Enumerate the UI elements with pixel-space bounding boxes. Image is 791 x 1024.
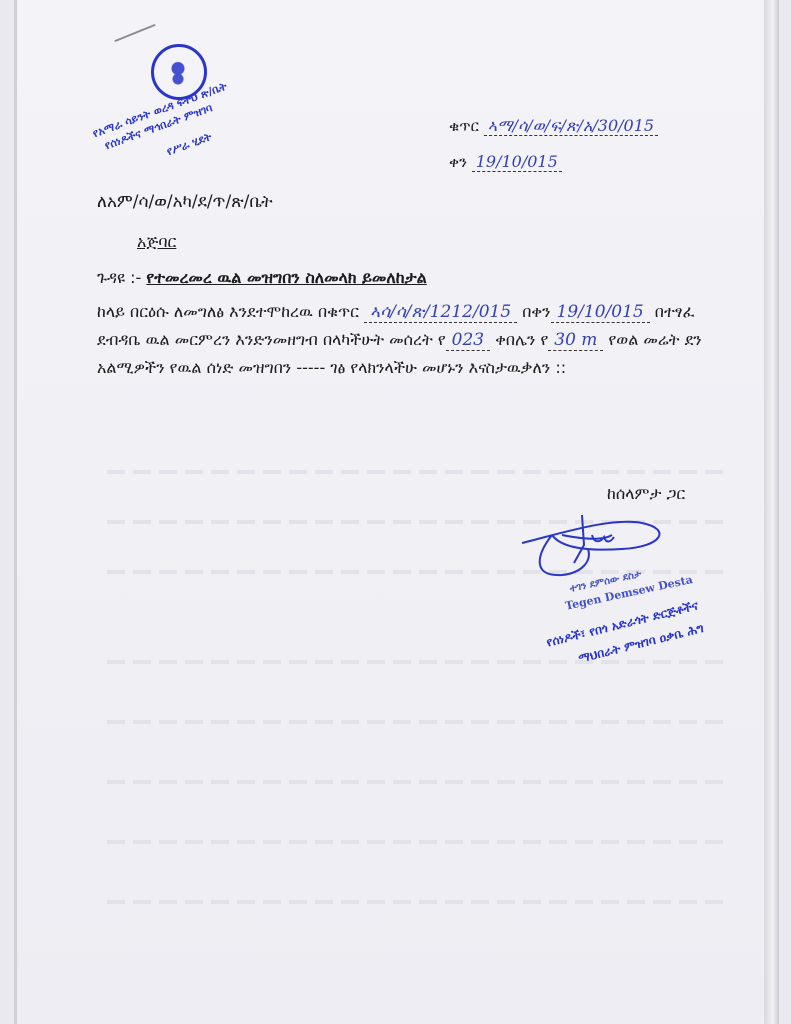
reference-date-label: ቀን <box>449 153 467 171</box>
reference-date: ቀን 19/10/015 <box>449 152 562 171</box>
bleed-through-text <box>107 720 727 724</box>
handwritten-fill-in: 023 <box>446 330 490 351</box>
page-edge <box>764 0 779 1024</box>
reference-number-label: ቁጥር <box>449 117 479 135</box>
bleed-through-text <box>107 660 727 664</box>
staple-mark <box>114 24 156 42</box>
seal-emblem-icon <box>166 55 190 85</box>
signature-icon <box>522 505 672 585</box>
notice-title: አጅባር <box>137 232 176 252</box>
closing-salutation: ከሰላምታ ጋር <box>607 484 685 504</box>
reference-number: ቁጥር ኣማ/ሳ/ወ/ፍ/ጽ/አ/30/015 <box>449 116 658 136</box>
bleed-through-text <box>107 470 727 474</box>
handwritten-fill-in: 19/10/015 <box>551 302 650 323</box>
bleed-through-text <box>107 780 727 784</box>
subject-line: ጉዳዩ :- የተመረመረ ዉል መዝግበን ስለመላክ ይመለከታል <box>97 268 427 288</box>
bleed-through-text <box>107 840 727 844</box>
body-text-segment: በቀን <box>517 302 550 321</box>
subject-text: የተመረመረ ዉል መዝግበን ስለመላክ ይመለከታል <box>146 268 426 287</box>
body-text-segment: ቀበሌን የ <box>490 330 548 349</box>
subject-label: ጉዳዩ :- <box>97 268 141 287</box>
handwritten-fill-in: ኣሳ/ሳ/ጽ/1212/015 <box>364 302 517 323</box>
addressee: ለአም/ሳ/ወ/አካ/ደ/ጥ/ጽ/ቤት <box>97 192 273 212</box>
reference-date-value: 19/10/015 <box>472 152 562 172</box>
letterhead-stamp-line-3: የሥራ ሂደት <box>165 130 214 159</box>
reference-number-value: ኣማ/ሳ/ወ/ፍ/ጽ/አ/30/015 <box>484 116 658 136</box>
bleed-through-text <box>107 900 727 904</box>
handwritten-fill-in: 30 m <box>548 330 603 351</box>
letter-body: ከላይ በርዕሱ ለመግለፅ እንደተሞከረዉ በቁጥር ኣሳ/ሳ/ጽ/1212… <box>97 298 737 381</box>
letter-page: የአማራ ሳይንት ወረዳ ፍትህ ጽ/ቤት የሰነዶችና ማኅበራት ምዝገባ… <box>14 0 779 1024</box>
body-text-segment: ከላይ በርዕሱ ለመግለፅ እንደተሞከረዉ በቁጥር <box>97 302 364 321</box>
